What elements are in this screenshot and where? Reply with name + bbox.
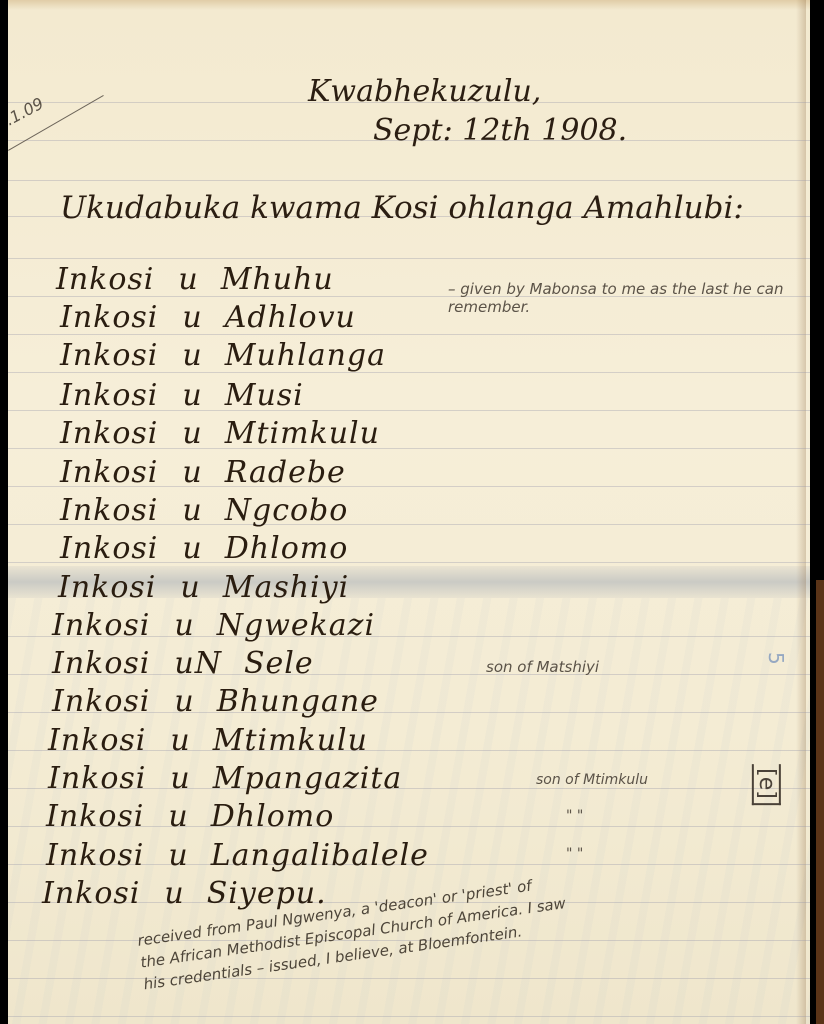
list-item: InkosiuLangalibalele [46,838,429,873]
list-item: InkosiuMuhlanga [60,338,386,373]
list-item: InkosiuMhuhu [56,262,334,297]
pencil-note: – given by Mabonsa to me as the last he … [448,280,808,316]
list-item: InkosiuRadebe [60,455,346,490]
book-binding [816,580,824,1024]
pencil-note: son of Mtimkulu [536,772,648,788]
pencil-note: son of Matshiyi [486,658,599,676]
list-item: InkosiuBhungane [52,684,379,719]
margin-date: .1.09 [2,94,47,130]
list-item: InkosiuMusi [60,378,304,413]
ruled-line [8,978,810,979]
list-item: InkosiuMtimkulu [60,416,380,451]
ditto-marks: " " [566,808,583,824]
archive-number: 5 [764,652,788,665]
archive-bracket-mark: [e] [752,764,781,805]
ruled-line [8,1016,810,1017]
list-item: InkosiuNSele [52,646,314,681]
list-item: InkosiuDhlomo [60,531,348,566]
list-item: InkosiuNgcobo [60,493,348,528]
list-item: InkosiuDhlomo [46,799,334,834]
list-item: InkosiuNgwekazi [52,608,375,643]
list-item: InkosiuMashiyi [58,570,349,605]
list-item: InkosiuSiyepu. [42,876,327,911]
date-line: Sept: 12th 1908. [373,113,627,148]
page-edge-shadow [796,0,806,1024]
manuscript-page: .1.09 Kwabhekuzulu, Sept: 12th 1908. Uku… [8,0,810,1024]
list-heading: Ukudabuka kwama Kosi ohlanga Amahlubi: [60,190,744,226]
ruled-line [8,258,810,259]
place-name: Kwabhekuzulu, [308,74,541,109]
list-item: InkosiuMtimkulu [48,723,368,758]
list-item: InkosiuMpangazita [48,761,402,796]
ruled-line [8,180,810,181]
ditto-marks: " " [566,846,583,862]
list-item: InkosiuAdhlovu [60,300,356,335]
